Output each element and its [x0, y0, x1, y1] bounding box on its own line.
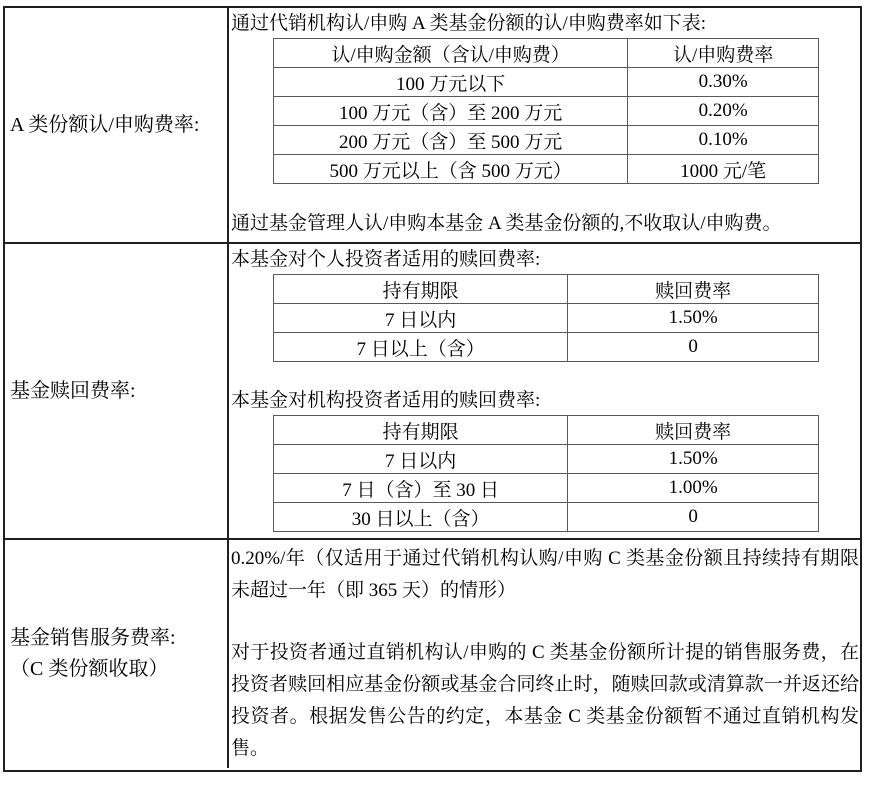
rate-cell: 0.10%: [628, 126, 819, 155]
holding-period-cell: 7 日以上（含）: [274, 333, 568, 362]
table-row: 100 万元以下 0.30%: [274, 68, 819, 97]
header-holding-period: 持有期限: [274, 416, 568, 445]
sales-service-fee-label-line1: 基金销售服务费率:: [10, 623, 227, 654]
subscription-fee-rate-table: 认/申购金额（含认/申购费） 认/申购费率 100 万元以下 0.30% 100…: [273, 38, 819, 184]
amount-cell: 100 万元以下: [274, 68, 628, 97]
sales-service-fee-label-line2: （C 类份额收取）: [10, 654, 227, 685]
table-header-row: 认/申购金额（含认/申购费） 认/申购费率: [274, 39, 819, 68]
header-holding-period: 持有期限: [274, 275, 568, 304]
table-row: 7 日以上（含） 0: [274, 333, 819, 362]
subscription-intro-text: 通过代销机构认/申购 A 类基金份额的认/申购费率如下表:: [231, 10, 859, 38]
redemption-fee-label-cell: 基金赎回费率:: [5, 244, 229, 538]
sales-service-fee-label-cell: 基金销售服务费率: （C 类份额收取）: [5, 540, 229, 768]
table-row: 200 万元（含）至 500 万元 0.10%: [274, 126, 819, 155]
rate-cell: 0.20%: [628, 97, 819, 126]
holding-period-cell: 7 日（含）至 30 日: [274, 474, 568, 503]
rate-cell: 1.00%: [568, 474, 819, 503]
rate-cell: 1.50%: [568, 304, 819, 333]
rate-cell: 0: [568, 333, 819, 362]
table-header-row: 持有期限 赎回费率: [274, 275, 819, 304]
table-row: 500 万元以上（含 500 万元） 1000 元/笔: [274, 155, 819, 184]
header-rate: 认/申购费率: [628, 39, 819, 68]
a-class-fee-label: A 类份额认/申购费率:: [10, 110, 227, 141]
table-row: 30 日以上（含） 0: [274, 503, 819, 532]
table-row: 7 日以内 1.50%: [274, 445, 819, 474]
direct-sales-note-paragraph: 对于投资者通过直销机构认/申购的 C 类基金份额所计提的销售服务费，在投资者赎回…: [231, 637, 859, 765]
rate-cell: 1.50%: [568, 445, 819, 474]
row-redemption-fee: 基金赎回费率: 本基金对个人投资者适用的赎回费率: 持有期限 赎回费率 7 日以…: [5, 244, 860, 540]
table-row: 7 日（含）至 30 日 1.00%: [274, 474, 819, 503]
rate-cell: 0.30%: [628, 68, 819, 97]
institutional-redemption-rate-table: 持有期限 赎回费率 7 日以内 1.50% 7 日（含）至 30 日 1.00%…: [273, 415, 819, 532]
table-header-row: 持有期限 赎回费率: [274, 416, 819, 445]
holding-period-cell: 30 日以上（含）: [274, 503, 568, 532]
redemption-fee-label: 基金赎回费率:: [10, 376, 227, 407]
individual-investor-intro-text: 本基金对个人投资者适用的赎回费率:: [231, 246, 859, 274]
redemption-fee-content-cell: 本基金对个人投资者适用的赎回费率: 持有期限 赎回费率 7 日以内 1.50% …: [229, 244, 860, 538]
individual-redemption-rate-table: 持有期限 赎回费率 7 日以内 1.50% 7 日以上（含） 0: [273, 274, 819, 362]
holding-period-cell: 7 日以内: [274, 304, 568, 333]
manager-channel-note: 通过基金管理人认/申购本基金 A 类基金份额的,不收取认/申购费。: [231, 210, 859, 238]
a-class-fee-label-cell: A 类份额认/申购费率:: [5, 8, 229, 242]
rate-cell: 0: [568, 503, 819, 532]
row-a-class-subscription-fee: A 类份额认/申购费率: 通过代销机构认/申购 A 类基金份额的认/申购费率如下…: [5, 8, 860, 244]
rate-cell: 1000 元/笔: [628, 155, 819, 184]
amount-cell: 500 万元以上（含 500 万元）: [274, 155, 628, 184]
amount-cell: 100 万元（含）至 200 万元: [274, 97, 628, 126]
a-class-fee-content-cell: 通过代销机构认/申购 A 类基金份额的认/申购费率如下表: 认/申购金额（含认/…: [229, 8, 860, 242]
fund-fee-table: A 类份额认/申购费率: 通过代销机构认/申购 A 类基金份额的认/申购费率如下…: [3, 6, 862, 772]
header-redemption-rate: 赎回费率: [568, 416, 819, 445]
holding-period-cell: 7 日以内: [274, 445, 568, 474]
header-amount: 认/申购金额（含认/申购费）: [274, 39, 628, 68]
table-row: 100 万元（含）至 200 万元 0.20%: [274, 97, 819, 126]
amount-cell: 200 万元（含）至 500 万元: [274, 126, 628, 155]
institutional-investor-intro-text: 本基金对机构投资者适用的赎回费率:: [231, 387, 859, 415]
table-row: 7 日以内 1.50%: [274, 304, 819, 333]
header-redemption-rate: 赎回费率: [568, 275, 819, 304]
sales-service-fee-content-cell: 0.20%/年（仅适用于通过代销机构认购/申购 C 类基金份额且持续持有期限未超…: [229, 540, 860, 768]
service-fee-rate-paragraph: 0.20%/年（仅适用于通过代销机构认购/申购 C 类基金份额且持续持有期限未超…: [231, 543, 859, 607]
row-sales-service-fee: 基金销售服务费率: （C 类份额收取） 0.20%/年（仅适用于通过代销机构认购…: [5, 540, 860, 768]
